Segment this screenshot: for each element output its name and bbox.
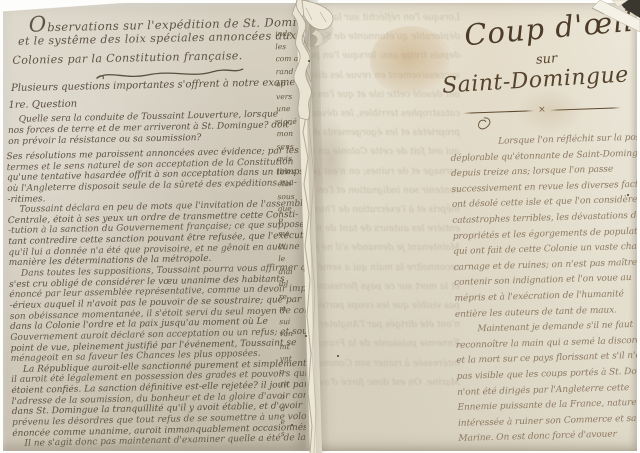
left-page-body-lines: Ses résolutions me paroissent annoncées … [6, 146, 306, 450]
left-intro-line: Plusieurs questions importantes s'offren… [11, 77, 302, 94]
question-label: 1re. Question [8, 99, 77, 111]
left-page: Observations sur l'expédition de St. Dom… [3, 3, 306, 451]
torn-paper-edge [286, 0, 346, 453]
left-page-text: Observations sur l'expédition de St. Dom… [3, 3, 306, 451]
x-mark-icon: × [538, 106, 546, 115]
title-saint-domingue: Saint-Domingue [441, 62, 629, 98]
title-sur: sur [536, 51, 558, 67]
paraph-loop-icon [474, 115, 494, 133]
folded-corner [556, 0, 640, 46]
ink-speck [337, 355, 339, 357]
divider-line-right [550, 107, 621, 111]
ink-speck [305, 335, 307, 337]
page-top-edge [0, 0, 170, 12]
ink-speck [308, 60, 310, 62]
ink-speck [627, 194, 629, 196]
manuscript-photo: Observations sur l'expédition de St. Dom… [0, 0, 640, 453]
ink-speck [291, 424, 293, 426]
right-page-body-lines: Lorsque l'on réfléchit sur la position a… [450, 130, 637, 447]
right-page: Lorsque l'on réfléchit sur la position a… [306, 3, 637, 451]
divider-line-left [463, 110, 534, 114]
